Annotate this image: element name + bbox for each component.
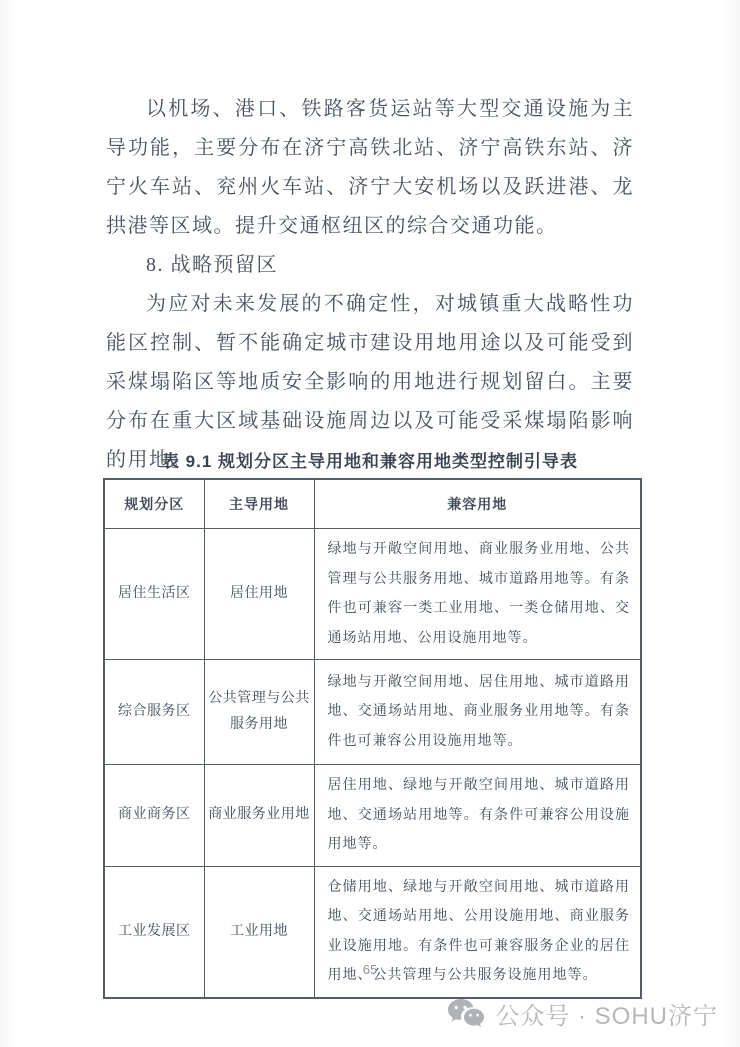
page-number: 65 (0, 962, 740, 977)
zone-cell: 工业发展区 (104, 866, 204, 998)
zone-cell: 居住生活区 (104, 529, 204, 660)
table-header-row: 规划分区 主导用地 兼容用地 (104, 479, 641, 529)
dominant-use-cell: 工业用地 (204, 866, 314, 998)
table-row-residential: 居住生活区 居住用地 绿地与开敞空间用地、商业服务业用地、公共管理与公共服务用地… (104, 529, 641, 660)
table-row-commercial-business: 商业商务区 商业服务业用地 居住用地、绿地与开敞空间用地、城市道路用地、交通场站… (104, 765, 641, 867)
table-row-industrial-development: 工业发展区 工业用地 仓储用地、绿地与开敞空间用地、城市道路用地、交通场站用地、… (104, 866, 641, 998)
wechat-icon (447, 998, 485, 1030)
compatible-use-cell: 绿地与开敞空间用地、商业服务业用地、公共管理与公共服务用地、城市道路用地等。有条… (314, 529, 641, 660)
zone-cell: 商业商务区 (104, 765, 204, 867)
column-header-dominant-use: 主导用地 (204, 479, 314, 529)
dominant-use-cell: 商业服务业用地 (204, 765, 314, 867)
column-header-compatible-use: 兼容用地 (314, 479, 641, 529)
table-title: 表 9.1 规划分区主导用地和兼容用地类型控制引导表 (0, 447, 740, 472)
compatible-use-cell: 绿地与开敞空间用地、居住用地、城市道路用地、交通场站用地、商业服务业用地等。有条… (314, 660, 641, 765)
dominant-use-cell: 居住用地 (204, 529, 314, 660)
column-header-zone: 规划分区 (104, 479, 204, 529)
body-text-block: 以机场、港口、铁路客货运站等大型交通设施为主导功能，主要分布在济宁高铁北站、济宁… (106, 90, 634, 480)
scanned-page: 以机场、港口、铁路客货运站等大型交通设施为主导功能，主要分布在济宁高铁北站、济宁… (0, 0, 740, 1047)
dominant-use-cell: 公共管理与公共服务用地 (204, 660, 314, 765)
watermark-text: 公众号 · SOHU济宁 (495, 996, 718, 1031)
compatible-use-cell: 居住用地、绿地与开敞空间用地、城市道路用地、交通场站用地等。有条件可兼容公用设施… (314, 765, 641, 867)
paragraph-transport-hub: 以机场、港口、铁路客货运站等大型交通设施为主导功能，主要分布在济宁高铁北站、济宁… (106, 90, 634, 246)
planning-zones-table: 规划分区 主导用地 兼容用地 居住生活区 居住用地 绿地与开敞空间用地、商业服务… (103, 478, 642, 999)
compatible-use-cell: 仓储用地、绿地与开敞空间用地、城市道路用地、交通场站用地、公用设施用地、商业服务… (314, 866, 641, 998)
zone-cell: 综合服务区 (104, 660, 204, 765)
table-row-comprehensive-service: 综合服务区 公共管理与公共服务用地 绿地与开敞空间用地、居住用地、城市道路用地、… (104, 660, 641, 765)
publisher-watermark: 公众号 · SOHU济宁 (447, 996, 718, 1031)
section-heading-strategic-reserve: 8. 战略预留区 (106, 246, 634, 285)
